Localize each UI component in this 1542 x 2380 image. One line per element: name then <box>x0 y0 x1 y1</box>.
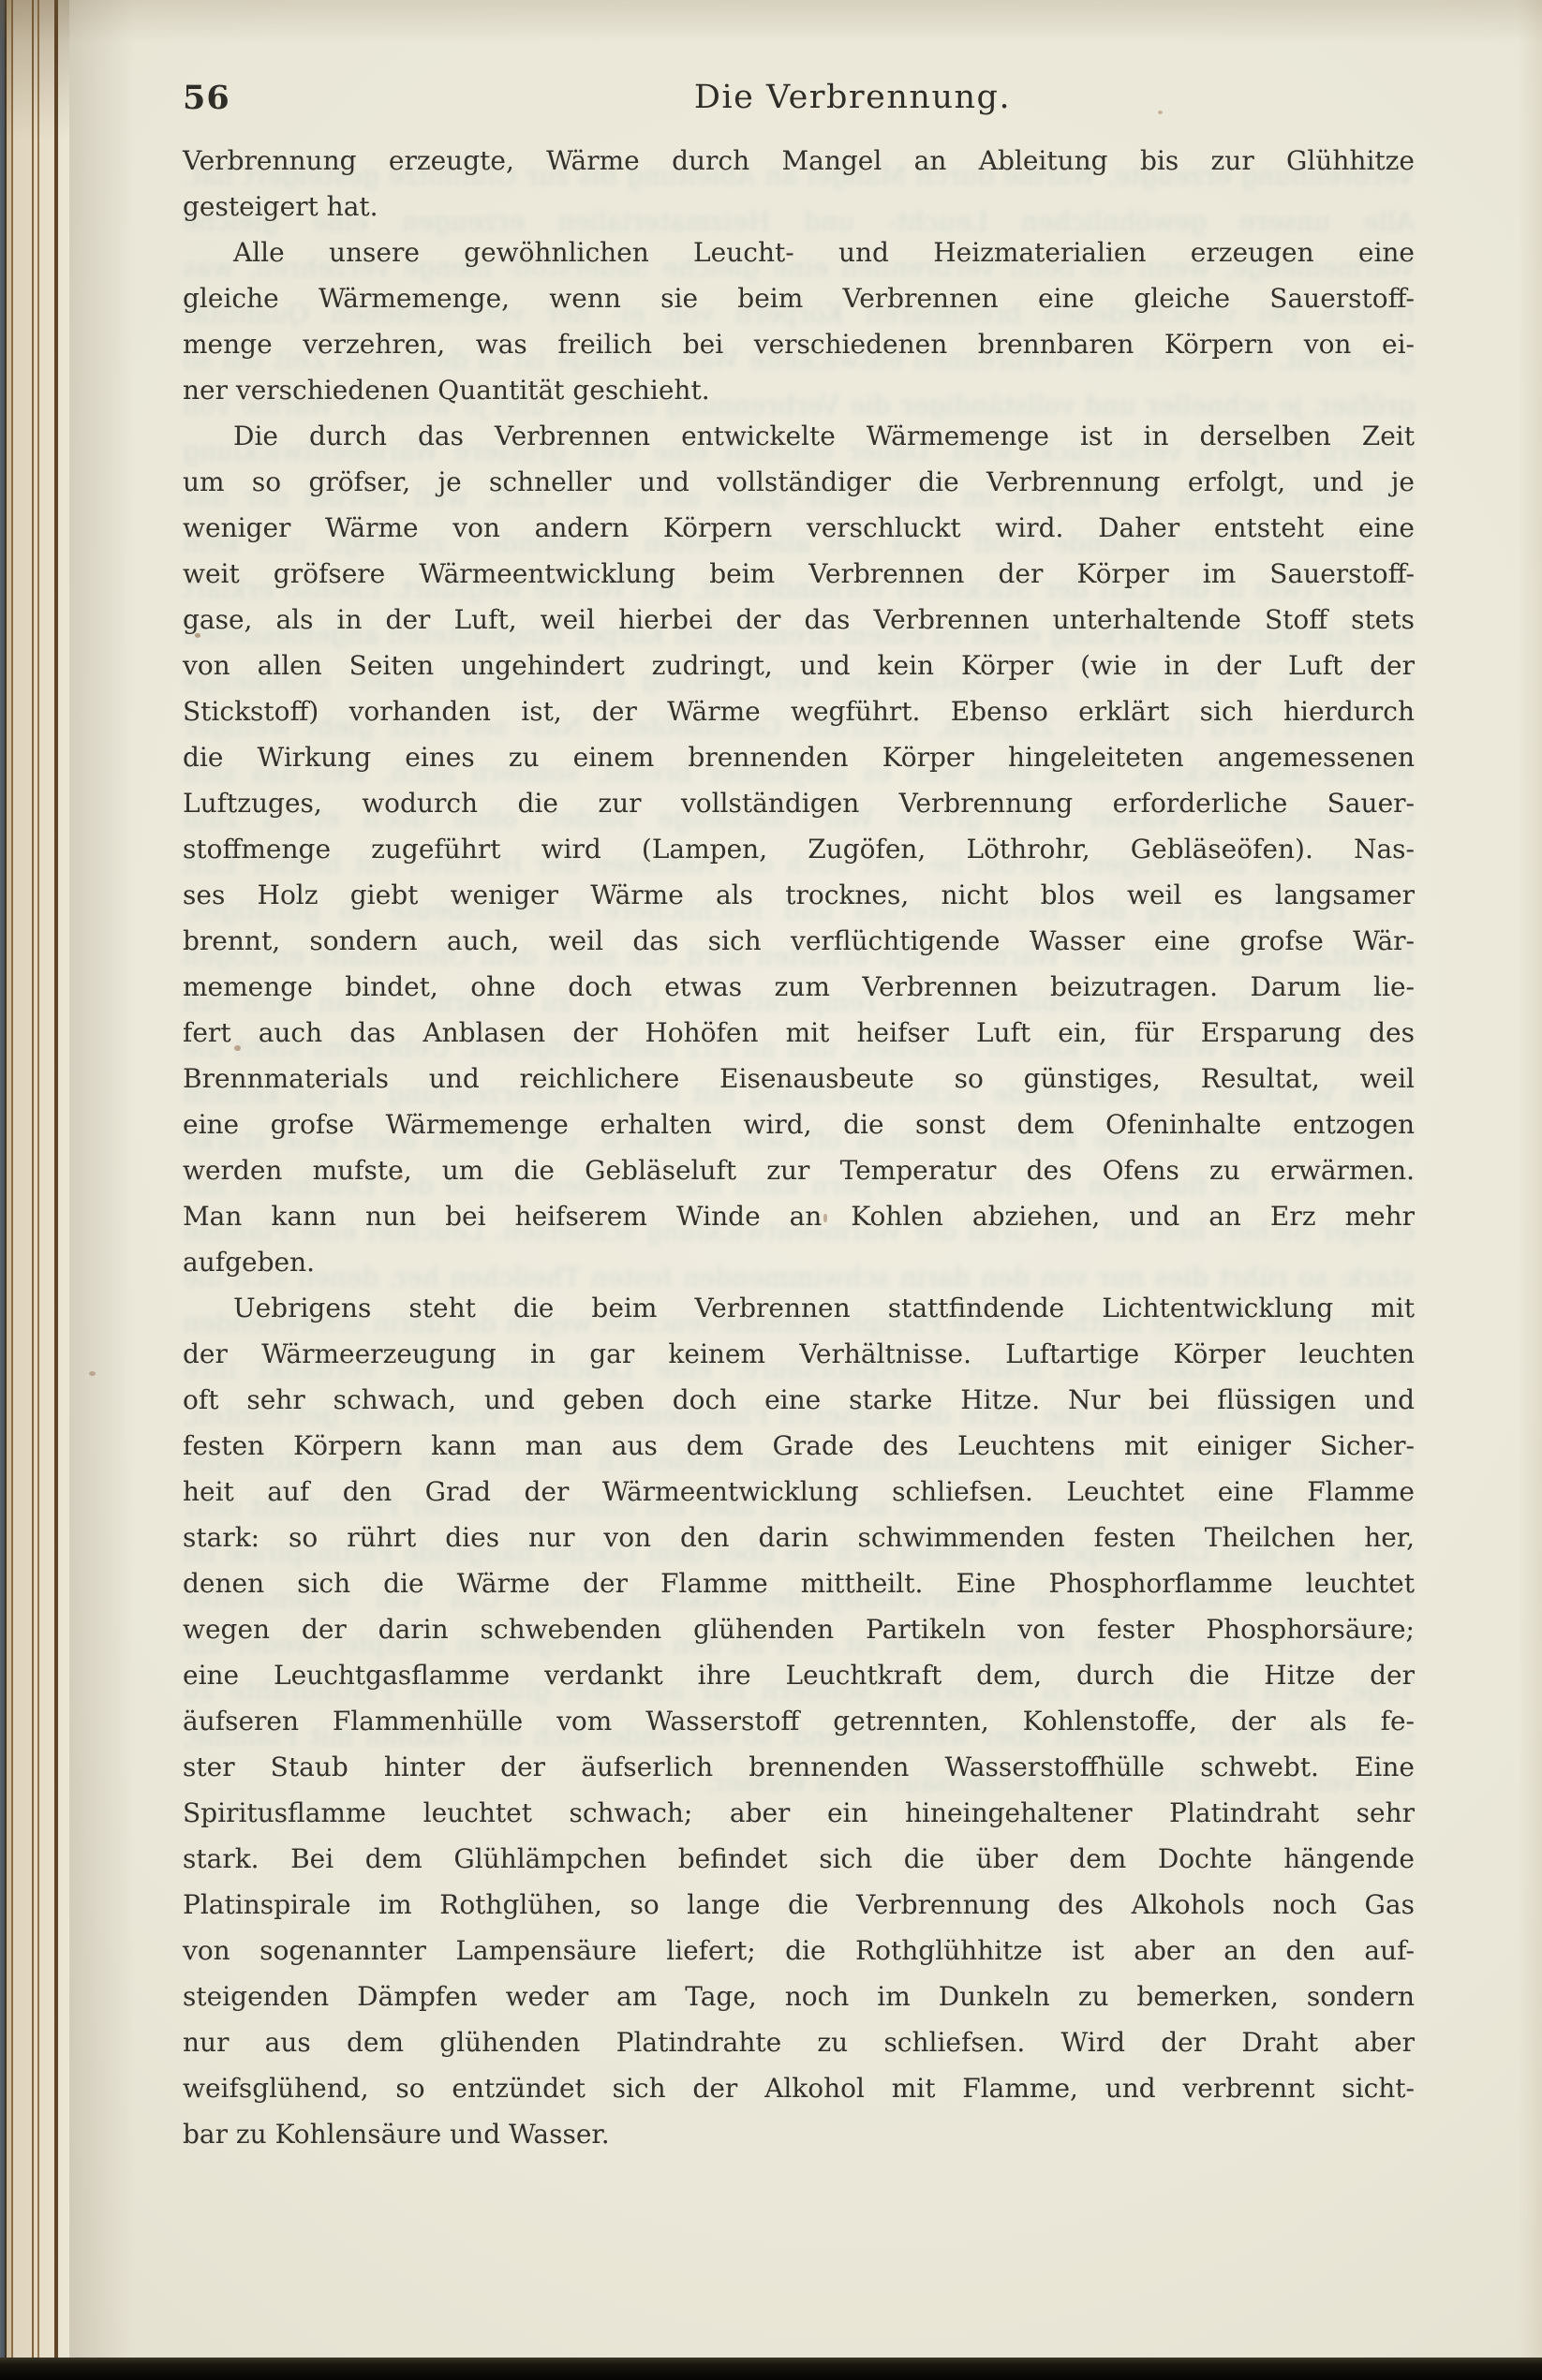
book-binding-edge <box>0 0 69 2358</box>
text-line: steigenden Dämpfen weder am Tage, noch i… <box>183 1973 1415 2019</box>
paper-speck <box>234 1045 241 1051</box>
page-number: 56 <box>183 79 230 117</box>
top-edge-shadow <box>0 0 1542 43</box>
book-page-scan: Verbrennung erzeugte, Wärme durch Mangel… <box>0 0 1542 2380</box>
text-line: Stickstoff) vorhanden ist, der Wärme weg… <box>183 688 1415 734</box>
text-line: ner verschiedenen Quantität geschieht. <box>183 367 1415 413</box>
text-line: der Wärmeerzeugung in gar keinem Verhält… <box>183 1331 1415 1377</box>
text-line: weifsglühend, so entzündet sich der Alko… <box>183 2065 1415 2111</box>
running-title: Die Verbrennung. <box>694 79 1011 116</box>
text-line: heit auf den Grad der Wärmeentwicklung s… <box>183 1469 1415 1515</box>
paper-speck <box>89 1371 96 1376</box>
text-line: eine Leuchtgasflamme verdankt ihre Leuch… <box>183 1652 1415 1698</box>
paper-speck <box>397 1175 403 1179</box>
paragraph: Alle unsere gewöhnlichen Leucht- und Hei… <box>183 229 1415 413</box>
text-line: bar zu Kohlensäure und Wasser. <box>183 2111 1415 2157</box>
text-line: Die durch das Verbrennen entwickelte Wär… <box>183 413 1415 459</box>
text-line: stark. Bei dem Glühlämpchen befindet sic… <box>183 1836 1415 1882</box>
paper-speck <box>823 1214 827 1222</box>
text-line: festen Körpern kann man aus dem Grade de… <box>183 1423 1415 1469</box>
text-line: Platinspirale im Rothglühen, so lange di… <box>183 1882 1415 1928</box>
text-line: gase, als in der Luft, weil hierbei der … <box>183 597 1415 643</box>
text-line: gleiche Wärmemenge, wenn sie beim Verbre… <box>183 275 1415 321</box>
text-line: denen sich die Wärme der Flamme mittheil… <box>183 1560 1415 1606</box>
gutter-shadow <box>69 0 135 2358</box>
text-line: wegen der darin schwebenden glühenden Pa… <box>183 1606 1415 1652</box>
paragraph: Verbrennung erzeugte, Wärme durch Mangel… <box>183 138 1415 229</box>
text-line: äufseren Flammenhülle vom Wasserstoff ge… <box>183 1698 1415 1744</box>
paragraph: Die durch das Verbrennen entwickelte Wär… <box>183 413 1415 1285</box>
text-line: fert auch das Anblasen der Hohöfen mit h… <box>183 1010 1415 1056</box>
text-line: Man kann nun bei heifserem Winde an Kohl… <box>183 1193 1415 1239</box>
text-line: werden mufste, um die Gebläseluft zur Te… <box>183 1147 1415 1193</box>
text-line: Brennmaterials und reichlichere Eisenaus… <box>183 1056 1415 1101</box>
text-line: ses Holz giebt weniger Wärme als trockne… <box>183 872 1415 918</box>
text-line: um so gröfser, je schneller und vollstän… <box>183 459 1415 505</box>
text-line: memenge bindet, ohne doch etwas zum Verb… <box>183 964 1415 1010</box>
text-line: von sogenannter Lampensäure liefert; die… <box>183 1928 1415 1973</box>
text-line: brennt, sondern auch, weil das sich verf… <box>183 918 1415 964</box>
text-line: Verbrennung erzeugte, Wärme durch Mangel… <box>183 138 1415 184</box>
page-header: 56 Die Verbrennung. <box>183 79 1415 124</box>
text-line: von allen Seiten ungehindert zudringt, u… <box>183 643 1415 688</box>
text-line: Spiritusflamme leuchtet schwach; aber ei… <box>183 1790 1415 1836</box>
paper-speck <box>1158 111 1163 114</box>
text-line: oft sehr schwach, und geben doch eine st… <box>183 1377 1415 1423</box>
text-line: ster Staub hinter der äufserlich brennen… <box>183 1744 1415 1790</box>
text-line: Alle unsere gewöhnlichen Leucht- und Hei… <box>183 229 1415 275</box>
text-line: gesteigert hat. <box>183 184 1415 229</box>
text-line: weit gröfsere Wärmeentwicklung beim Verb… <box>183 551 1415 597</box>
text-line: menge verzehren, was freilich bei versch… <box>183 321 1415 367</box>
scan-bottom-edge <box>0 2358 1542 2380</box>
text-block: Verbrennung erzeugte, Wärme durch Mangel… <box>183 138 1415 2157</box>
paragraph: Uebrigens steht die beim Verbrennen stat… <box>183 1285 1415 2157</box>
text-line: die Wirkung eines zu einem brennenden Kö… <box>183 734 1415 780</box>
text-line: weniger Wärme von andern Körpern verschl… <box>183 505 1415 551</box>
right-edge-shadow <box>1518 0 1542 2358</box>
text-line: Luftzuges, wodurch die zur vollständigen… <box>183 780 1415 826</box>
text-line: Uebrigens steht die beim Verbrennen stat… <box>183 1285 1415 1331</box>
text-line: aufgeben. <box>183 1239 1415 1285</box>
text-line: stark: so rührt dies nur von den darin s… <box>183 1515 1415 1560</box>
text-line: eine grofse Wärmemenge erhalten wird, di… <box>183 1101 1415 1147</box>
text-line: nur aus dem glühenden Platindrahte zu sc… <box>183 2019 1415 2065</box>
paper-speck <box>195 633 200 638</box>
text-line: stoffmenge zugeführt wird (Lampen, Zugöf… <box>183 826 1415 872</box>
